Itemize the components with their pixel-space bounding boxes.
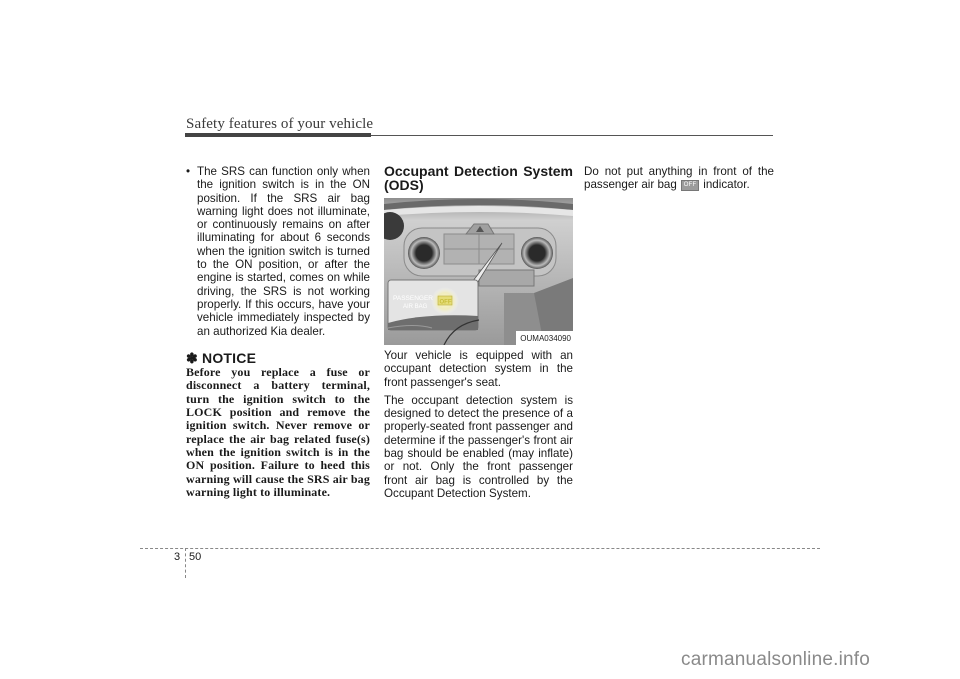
header-accent-bar: [185, 133, 371, 137]
warning-text-end: indicator.: [703, 178, 749, 191]
ods-section-title: Occupant Detection System (ODS): [384, 165, 573, 192]
column-2: Occupant Detection System (ODS): [384, 165, 573, 500]
svg-text:PASSENGER: PASSENGER: [393, 295, 433, 302]
notice-title: NOTICE: [202, 350, 256, 366]
ods-figure: PASSENGER AIR BAG OFF OUMA034090: [384, 198, 573, 345]
chapter-number: 3: [174, 551, 180, 563]
section-header-title: Safety features of your vehicle: [186, 116, 373, 133]
footer-rule: [140, 548, 820, 549]
dashboard-illustration: PASSENGER AIR BAG OFF: [384, 198, 573, 345]
svg-text:OFF: OFF: [440, 300, 452, 306]
column-1: • The SRS can function only when the ign…: [186, 165, 370, 499]
bullet-text: The SRS can function only when the ignit…: [197, 165, 370, 338]
svg-text:AIR BAG: AIR BAG: [403, 304, 428, 310]
figure-caption: OUMA034090: [516, 331, 573, 345]
bullet-dot: •: [186, 165, 197, 338]
bullet-item: • The SRS can function only when the ign…: [186, 165, 370, 338]
page-number: 50: [189, 551, 201, 563]
column-3: Do not put anything in front of the pass…: [584, 165, 774, 192]
watermark: carmanualsonline.info: [681, 649, 870, 671]
ods-paragraph-1: Your vehicle is equipped with an occupan…: [384, 349, 573, 389]
notice-heading: ✽ NOTICE: [186, 352, 370, 365]
footer-divider: [185, 548, 186, 578]
notice-symbol-icon: ✽: [186, 350, 198, 366]
notice-body: Before you replace a fuse or disconnect …: [186, 366, 370, 499]
airbag-off-indicator-icon: OFF: [681, 180, 699, 191]
ods-paragraph-2: The occupant detection system is designe…: [384, 394, 573, 500]
header-rule: [371, 135, 773, 136]
